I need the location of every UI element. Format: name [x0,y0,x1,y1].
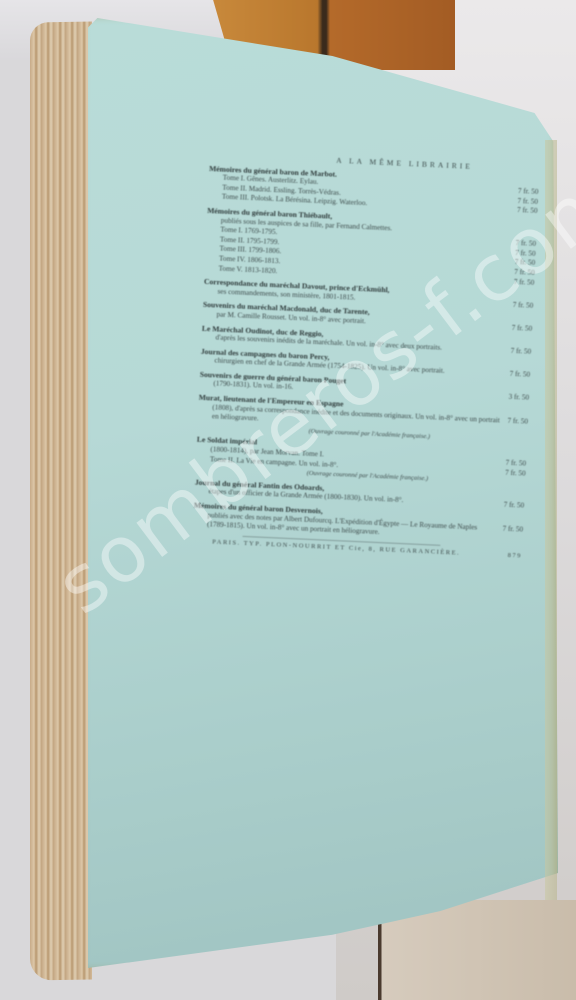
entry-price: 7 fr. 50 [496,524,523,544]
entry-price: 7 fr. 50 [503,370,530,381]
entry-price: 7 fr. 50 [499,468,526,479]
entry-price: 7 fr. 50 [504,347,531,358]
photo-scene: A LA MÊME LIBRAIRIE Mémoires du général … [0,0,576,1000]
imprint-code: 879 [507,551,522,561]
entry-price: 7 fr. 50 [497,501,524,512]
entry-price: 3 fr. 50 [502,393,529,404]
book-page-edges [30,21,92,980]
entry-price: 7 fr. 50 [505,324,532,335]
entry-description: Tome V. 1813-1820. [218,264,277,276]
entry-price: 7 fr. 50 [501,416,528,436]
